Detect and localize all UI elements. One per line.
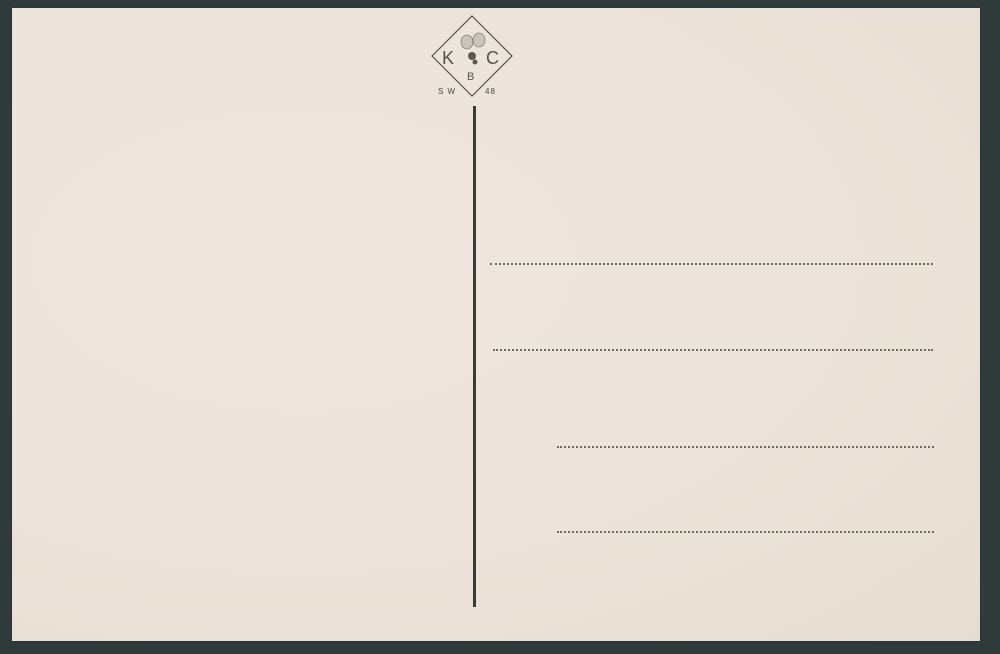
logo-caption-right: 48 <box>485 87 496 96</box>
logo-letter-b: B <box>467 71 474 83</box>
address-line-2 <box>493 349 933 351</box>
logo-letter-c: C <box>486 48 499 68</box>
logo-caption-left: S W <box>438 87 456 96</box>
logo-letter-k: K <box>442 48 454 68</box>
address-line-1 <box>490 263 933 265</box>
address-line-4 <box>557 531 934 533</box>
postcard-back <box>12 8 980 641</box>
address-line-3 <box>557 446 934 448</box>
publisher-logo: K C B <box>430 14 514 98</box>
rooster-icon <box>461 33 485 65</box>
center-divider <box>473 106 476 607</box>
